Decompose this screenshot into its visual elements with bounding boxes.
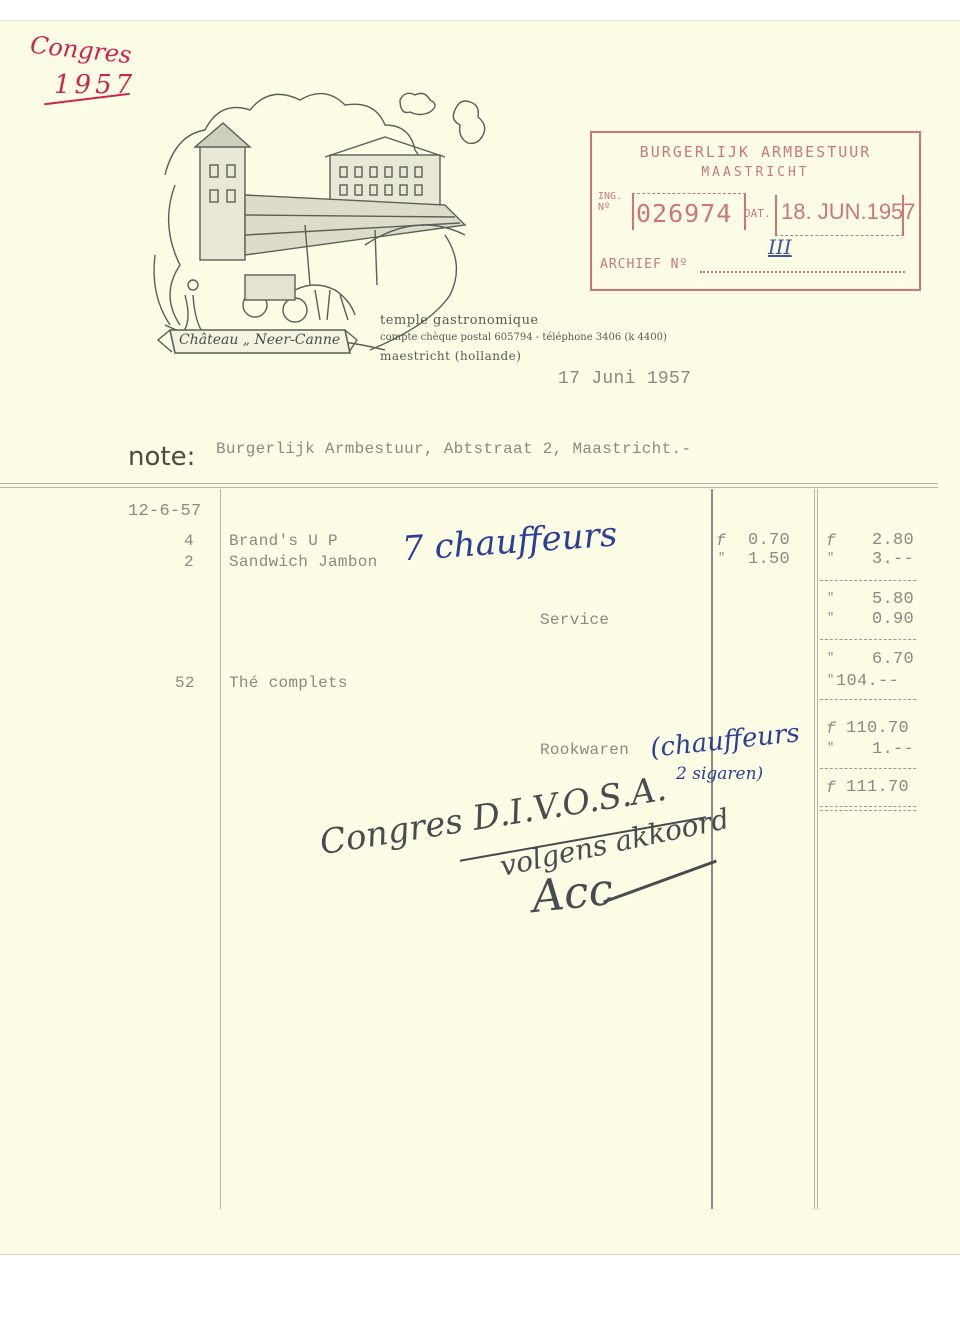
service-prefix: ": [827, 611, 835, 625]
column-rule-total-1: [814, 489, 815, 1209]
subtotal-dash-1: [820, 580, 916, 581]
item-qty: 4: [184, 532, 194, 550]
item-total-prefix: f: [826, 532, 836, 550]
stamp-date: 18. JUN.1957: [781, 199, 916, 225]
subtotal-2-value: 6.70: [872, 650, 914, 669]
subtotal-dash-4: [820, 768, 916, 769]
stamp-archief-label: ARCHIEF Nº: [600, 257, 688, 272]
the-complets-qty: 52: [175, 674, 195, 692]
stamp-number: 026974: [636, 199, 732, 228]
item-unit-price: 0.70: [748, 531, 790, 550]
stamp-archief-line: [700, 271, 905, 273]
letterhead-tagline: temple gastronomique: [380, 313, 539, 328]
item-total: 2.80: [872, 531, 914, 550]
grand-total-value: 111.70: [846, 778, 909, 797]
item-unit-prefix: ": [718, 551, 726, 565]
note-label: note:: [128, 442, 195, 472]
service-value: 0.90: [872, 610, 914, 629]
item-total-prefix: ": [827, 551, 835, 565]
subtotal-1-value: 5.80: [872, 590, 914, 609]
the-complets-prefix: ": [827, 673, 835, 687]
entry-date: 12-6-57: [128, 502, 202, 521]
the-complets-value: 104.--: [836, 672, 899, 691]
handwritten-rookwaren-note-2: 2 sigaren): [676, 764, 763, 784]
item-total: 3.--: [872, 550, 914, 569]
subtotal-3-prefix: f: [826, 720, 836, 738]
table-top-rule: [0, 483, 938, 484]
subtotal-1-prefix: ": [827, 591, 835, 605]
stamp-ins-label: ING. Nº: [598, 191, 622, 213]
subtotal-3-value: 110.70: [846, 719, 909, 738]
subtotal-dash-3: [820, 699, 916, 700]
table-top-rule-2: [0, 487, 938, 488]
column-rule-qty: [220, 489, 221, 1209]
service-label: Service: [540, 611, 609, 629]
handwritten-signature: Acc: [530, 864, 616, 923]
item-description: Sandwich Jambon: [229, 553, 378, 571]
subtotal-2-prefix: ": [827, 651, 835, 665]
column-rule-unit: [711, 489, 713, 1209]
stamp-org: BURGERLIJK ARMBESTUUR: [592, 143, 919, 161]
stamp-city: MAASTRICHT: [592, 165, 919, 180]
item-description: Brand's U P: [229, 532, 338, 550]
column-rule-total-2: [817, 489, 818, 1209]
rookwaren-label: Rookwaren: [540, 741, 629, 759]
illustration-caption: Château „ Neer-Canne: [179, 332, 340, 348]
received-stamp: BURGERLIJK ARMBESTUUR MAASTRICHT ING. Nº…: [590, 131, 921, 291]
letterhead-city: maestricht (hollande): [380, 349, 521, 363]
handwritten-year: 1957: [54, 70, 136, 100]
rookwaren-prefix: ": [827, 741, 835, 755]
the-complets-description: Thé complets: [229, 674, 348, 692]
item-unit-price: 1.50: [748, 550, 790, 569]
addressee: Burgerlijk Armbestuur, Abtstraat 2, Maas…: [216, 440, 691, 458]
stamp-dat-label: DAT.: [744, 207, 771, 220]
grand-total-double-rule-1: [820, 806, 916, 807]
invoice-date: 17 Juni 1957: [558, 369, 691, 389]
subtotal-dash-2: [820, 639, 916, 640]
grand-total-prefix: f: [826, 779, 836, 797]
item-unit-prefix: f: [716, 532, 726, 550]
grand-total-double-rule-2: [820, 810, 916, 811]
rookwaren-value: 1.--: [872, 740, 914, 759]
stamp-archief-value: III: [768, 235, 792, 259]
letterhead-contact: compte chèque postal 605794 - téléphone …: [380, 332, 667, 343]
item-qty: 2: [184, 553, 194, 571]
